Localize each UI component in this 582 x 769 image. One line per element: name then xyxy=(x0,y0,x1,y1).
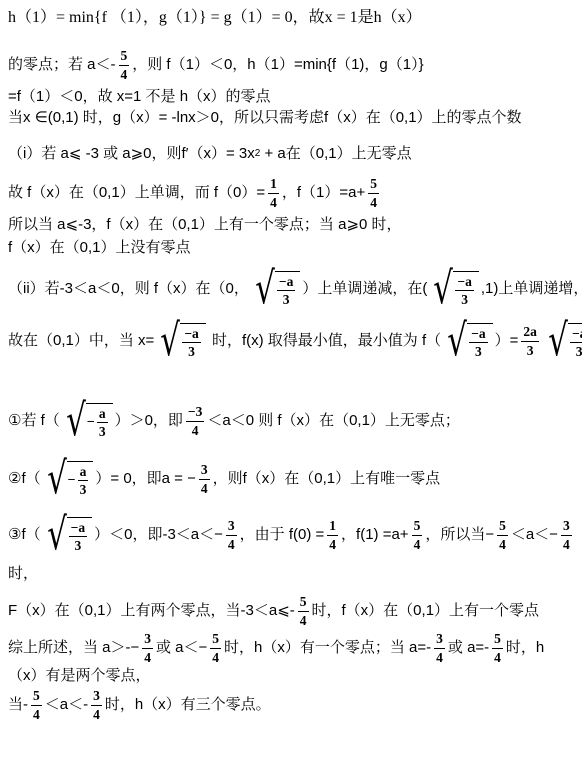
fraction-numerator: −a xyxy=(277,274,295,292)
text-run: ，则f（x）在（0,1）上有唯一零点 xyxy=(213,469,441,489)
fraction-denominator: 3 xyxy=(469,343,487,360)
fraction-denominator: 4 xyxy=(497,536,508,553)
fraction-denominator: 4 xyxy=(412,536,423,553)
math-fraction: 34 xyxy=(434,631,445,665)
fraction-denominator: 4 xyxy=(298,612,309,629)
math-sqrt-radical: √−a3 xyxy=(544,320,582,362)
radical-sign-icon: √ xyxy=(66,400,86,442)
math-fraction: 2a3 xyxy=(521,324,539,358)
document-line: 时， xyxy=(8,564,578,584)
fraction-numerator: 5 xyxy=(298,594,309,612)
fraction-denominator: 4 xyxy=(31,706,42,723)
math-fraction: 34 xyxy=(561,518,572,552)
math-fraction: −a3 xyxy=(469,326,487,360)
text-run: 所以当 a⩽-3，f（x）在（0,1）上有一个零点；当 a⩾0 时， xyxy=(8,215,402,235)
math-sqrt-radical: √−a3 xyxy=(443,320,493,362)
text-run: h（1）= min{f （1），g（1）} = g（1）= 0，故x = 1是h… xyxy=(8,8,422,28)
radicand: −a3 xyxy=(67,517,92,554)
fraction-numerator: 5 xyxy=(497,518,508,536)
radicand: −a3 xyxy=(67,461,94,498)
document-line: F（x）在（0,1）上有两个零点，当-3＜a⩽-54时，f（x）在（0,1）上有… xyxy=(8,594,578,628)
math-fraction: 34 xyxy=(226,518,237,552)
radical-sign-icon: √ xyxy=(447,320,467,362)
text-run: ，由于 f(0) = xyxy=(240,525,325,545)
radical-sign-icon: √ xyxy=(47,514,67,556)
text-run: ①若 f（ xyxy=(8,411,60,431)
fraction-denominator: 4 xyxy=(91,706,102,723)
fraction-denominator: 4 xyxy=(492,649,503,666)
text-run: ，所以当− xyxy=(425,525,494,545)
document-line: 故 f（x）在（0,1）上单调，而 f（0）=14，f（1）=a+54 xyxy=(8,176,578,210)
text-run: 时，f（x）在（0,1）上有一个零点 xyxy=(312,601,540,621)
math-sqrt-radical: √−a3 xyxy=(251,268,301,310)
text-run: 故在（0,1）中，当 x= xyxy=(8,331,154,351)
radical-sign-icon: √ xyxy=(434,268,454,310)
text-run: （ii）若-3＜a＜0，则 f（x）在（0， xyxy=(8,279,249,299)
fraction-denominator: 3 xyxy=(277,291,295,308)
fraction-denominator: 3 xyxy=(521,342,539,359)
fraction-denominator: 3 xyxy=(182,343,200,360)
text-run: ）= xyxy=(495,331,519,351)
math-fraction: −a3 xyxy=(182,326,200,360)
fraction-numerator: 3 xyxy=(199,462,210,480)
fraction-numerator: 5 xyxy=(492,631,503,649)
text-run: ③f（ xyxy=(8,525,41,545)
text-run: + a在（0,1）上无零点 xyxy=(260,144,411,164)
text-run: ）上单调递减，在( xyxy=(302,279,427,299)
document-line: ①若 f（√−a3）＞0，即−34＜a＜0 则 f（x）在（0,1）上无零点； xyxy=(8,400,578,442)
fraction-denominator: 4 xyxy=(186,422,204,439)
radicand-minus-sign: − xyxy=(87,413,95,433)
fraction-numerator: a xyxy=(97,406,108,424)
radicand: −a3 xyxy=(453,271,478,308)
text-run: 时，h xyxy=(506,638,544,658)
math-fraction: −34 xyxy=(186,404,204,438)
text-run: （i）若 a⩽ -3 或 a⩾0，则f′（x）= 3x xyxy=(8,144,255,164)
math-fraction: 54 xyxy=(31,688,42,722)
text-run: 时，h（x）有一个零点；当 a=- xyxy=(224,638,431,658)
text-run: 时， xyxy=(8,564,38,584)
fraction-numerator: 3 xyxy=(142,631,153,649)
math-sqrt-radical: √−a3 xyxy=(429,268,479,310)
radicand: −a3 xyxy=(180,323,205,360)
fraction-numerator: a xyxy=(78,464,89,482)
math-solution-document: h（1）= min{f （1），g（1）} = g（1）= 0，故x = 1是h… xyxy=(0,0,582,722)
fraction-numerator: −a xyxy=(469,326,487,344)
math-fraction: 54 xyxy=(497,518,508,552)
fraction-numerator: −a xyxy=(455,274,473,292)
text-run: ＜a＜− xyxy=(511,525,558,545)
fraction-denominator: 4 xyxy=(226,536,237,553)
radicand: −a3 xyxy=(568,323,582,360)
document-line: （ii）若-3＜a＜0，则 f（x）在（0，√−a3）上单调递减，在(√−a3,… xyxy=(8,268,578,310)
fraction-denominator: 3 xyxy=(69,537,87,554)
fraction-numerator: 1 xyxy=(327,518,338,536)
fraction-denominator: 4 xyxy=(327,536,338,553)
text-run: 故 f（x）在（0,1）上单调，而 f（0）= xyxy=(8,183,265,203)
radicand-minus-sign: − xyxy=(68,471,76,491)
document-line: h（1）= min{f （1），g（1）} = g（1）= 0，故x = 1是h… xyxy=(8,8,578,28)
radical-sign-icon: √ xyxy=(160,320,180,362)
fraction-numerator: 5 xyxy=(210,631,221,649)
text-run: 当x ∈(0,1) 时，g（x）= -lnx＞0，所以只需考虑f（x）在（0,1… xyxy=(8,108,522,128)
radicand: −a3 xyxy=(467,323,492,360)
fraction-denominator: 4 xyxy=(199,480,210,497)
math-fraction: 14 xyxy=(268,176,279,210)
math-sqrt-radical: √−a3 xyxy=(43,458,94,500)
math-fraction: −a3 xyxy=(455,274,473,308)
radical-sign-icon: √ xyxy=(47,458,67,500)
fraction-numerator: −a xyxy=(69,520,87,538)
text-run: ）= 0，即a = − xyxy=(95,469,195,489)
text-run: 时，h（x）有三个零点。 xyxy=(105,695,271,715)
math-fraction: 54 xyxy=(210,631,221,665)
document-line: =f（1）＜0，故 x=1 不是 h（x）的零点 xyxy=(8,87,578,107)
fraction-denominator: 4 xyxy=(434,649,445,666)
fraction-numerator: 5 xyxy=(368,176,379,194)
fraction-numerator: −3 xyxy=(186,404,204,422)
text-run: 当- xyxy=(8,695,28,715)
math-fraction: −a3 xyxy=(570,326,582,360)
document-line: ②f（√−a3）= 0，即a = −34，则f（x）在（0,1）上有唯一零点 xyxy=(8,458,578,500)
math-fraction: 34 xyxy=(199,462,210,496)
fraction-numerator: −a xyxy=(570,326,582,344)
text-run: ，f(1) =a+ xyxy=(341,525,409,545)
text-run: ＜a＜- xyxy=(45,695,88,715)
math-sqrt-radical: √−a3 xyxy=(43,514,93,556)
fraction-denominator: 4 xyxy=(268,194,279,211)
text-run: ）＞0，即 xyxy=(115,411,183,431)
text-run: F（x）在（0,1）上有两个零点，当-3＜a⩽- xyxy=(8,601,295,621)
fraction-denominator: 4 xyxy=(142,649,153,666)
text-run: =f（1）＜0，故 x=1 不是 h（x）的零点 xyxy=(8,87,271,107)
fraction-denominator: 4 xyxy=(119,66,130,83)
text-run: ,1)上单调递增， xyxy=(481,279,582,299)
fraction-denominator: 3 xyxy=(97,423,108,440)
math-fraction: 34 xyxy=(91,688,102,722)
math-fraction: −a3 xyxy=(277,274,295,308)
math-fraction: a3 xyxy=(78,464,89,498)
document-line: 当x ∈(0,1) 时，g（x）= -lnx＞0，所以只需考虑f（x）在（0,1… xyxy=(8,108,578,128)
fraction-denominator: 4 xyxy=(210,649,221,666)
math-fraction: −a3 xyxy=(69,520,87,554)
text-run: 或 a=- xyxy=(448,638,489,658)
fraction-numerator: 5 xyxy=(412,518,423,536)
math-fraction: 54 xyxy=(492,631,503,665)
radical-sign-icon: √ xyxy=(548,320,568,362)
fraction-numerator: 2a xyxy=(521,324,539,342)
radical-sign-icon: √ xyxy=(255,268,275,310)
document-line: （i）若 a⩽ -3 或 a⩾0，则f′（x）= 3x2 + a在（0,1）上无… xyxy=(8,144,578,164)
radicand: −a3 xyxy=(275,271,300,308)
fraction-numerator: −a xyxy=(182,326,200,344)
text-run: 综上所述，当 a＞-− xyxy=(8,638,139,658)
document-line: 故在（0,1）中，当 x=√−a3 时，f(x) 取得最小值，最小值为 f（√−… xyxy=(8,320,578,362)
fraction-denominator: 4 xyxy=(561,536,572,553)
math-fraction: 54 xyxy=(298,594,309,628)
math-fraction: 54 xyxy=(119,48,130,82)
math-fraction: 54 xyxy=(412,518,423,552)
math-fraction: 14 xyxy=(327,518,338,552)
text-run: （x）有是两个零点， xyxy=(8,666,151,686)
text-run: 时，f(x) 取得最小值，最小值为 f（ xyxy=(208,331,441,351)
fraction-denominator: 4 xyxy=(368,194,379,211)
fraction-numerator: 5 xyxy=(119,48,130,66)
math-fraction: 54 xyxy=(368,176,379,210)
fraction-numerator: 3 xyxy=(91,688,102,706)
fraction-numerator: 3 xyxy=(434,631,445,649)
document-line: ③f（√−a3）＜0，即-3＜a＜−34，由于 f(0) =14，f(1) =a… xyxy=(8,514,578,556)
math-fraction: a3 xyxy=(97,406,108,440)
fraction-denominator: 3 xyxy=(570,343,582,360)
document-line: 当-54＜a＜-34时，h（x）有三个零点。 xyxy=(8,688,578,722)
document-line: 的零点；若 a＜-54，则 f（1）＜0，h（1）=min{f（1)，g（1）} xyxy=(8,48,578,82)
fraction-denominator: 3 xyxy=(455,291,473,308)
math-fraction: 34 xyxy=(142,631,153,665)
fraction-numerator: 3 xyxy=(226,518,237,536)
radicand: −a3 xyxy=(86,403,113,440)
text-run: f（x）在（0,1）上没有零点 xyxy=(8,238,191,258)
document-line: 所以当 a⩽-3，f（x）在（0,1）上有一个零点；当 a⩾0 时， xyxy=(8,215,578,235)
math-sqrt-radical: √−a3 xyxy=(156,320,206,362)
fraction-denominator: 3 xyxy=(78,481,89,498)
text-run: ）＜0，即-3＜a＜− xyxy=(94,525,223,545)
text-run: 的零点；若 a＜- xyxy=(8,55,116,75)
text-run: ＜a＜0 则 f（x）在（0,1）上无零点； xyxy=(207,411,460,431)
document-line: （x）有是两个零点， xyxy=(8,666,578,686)
text-run: ②f（ xyxy=(8,469,41,489)
fraction-numerator: 5 xyxy=(31,688,42,706)
fraction-numerator: 1 xyxy=(268,176,279,194)
document-line: 综上所述，当 a＞-−34或 a＜−54时，h（x）有一个零点；当 a=-34或… xyxy=(8,631,578,665)
document-line: f（x）在（0,1）上没有零点 xyxy=(8,238,578,258)
text-run: ，f（1）=a+ xyxy=(282,183,365,203)
fraction-numerator: 3 xyxy=(561,518,572,536)
text-run: 或 a＜− xyxy=(156,638,207,658)
text-run: ，则 f（1）＜0，h（1）=min{f（1)，g（1）} xyxy=(132,55,423,75)
math-sqrt-radical: √−a3 xyxy=(62,400,113,442)
